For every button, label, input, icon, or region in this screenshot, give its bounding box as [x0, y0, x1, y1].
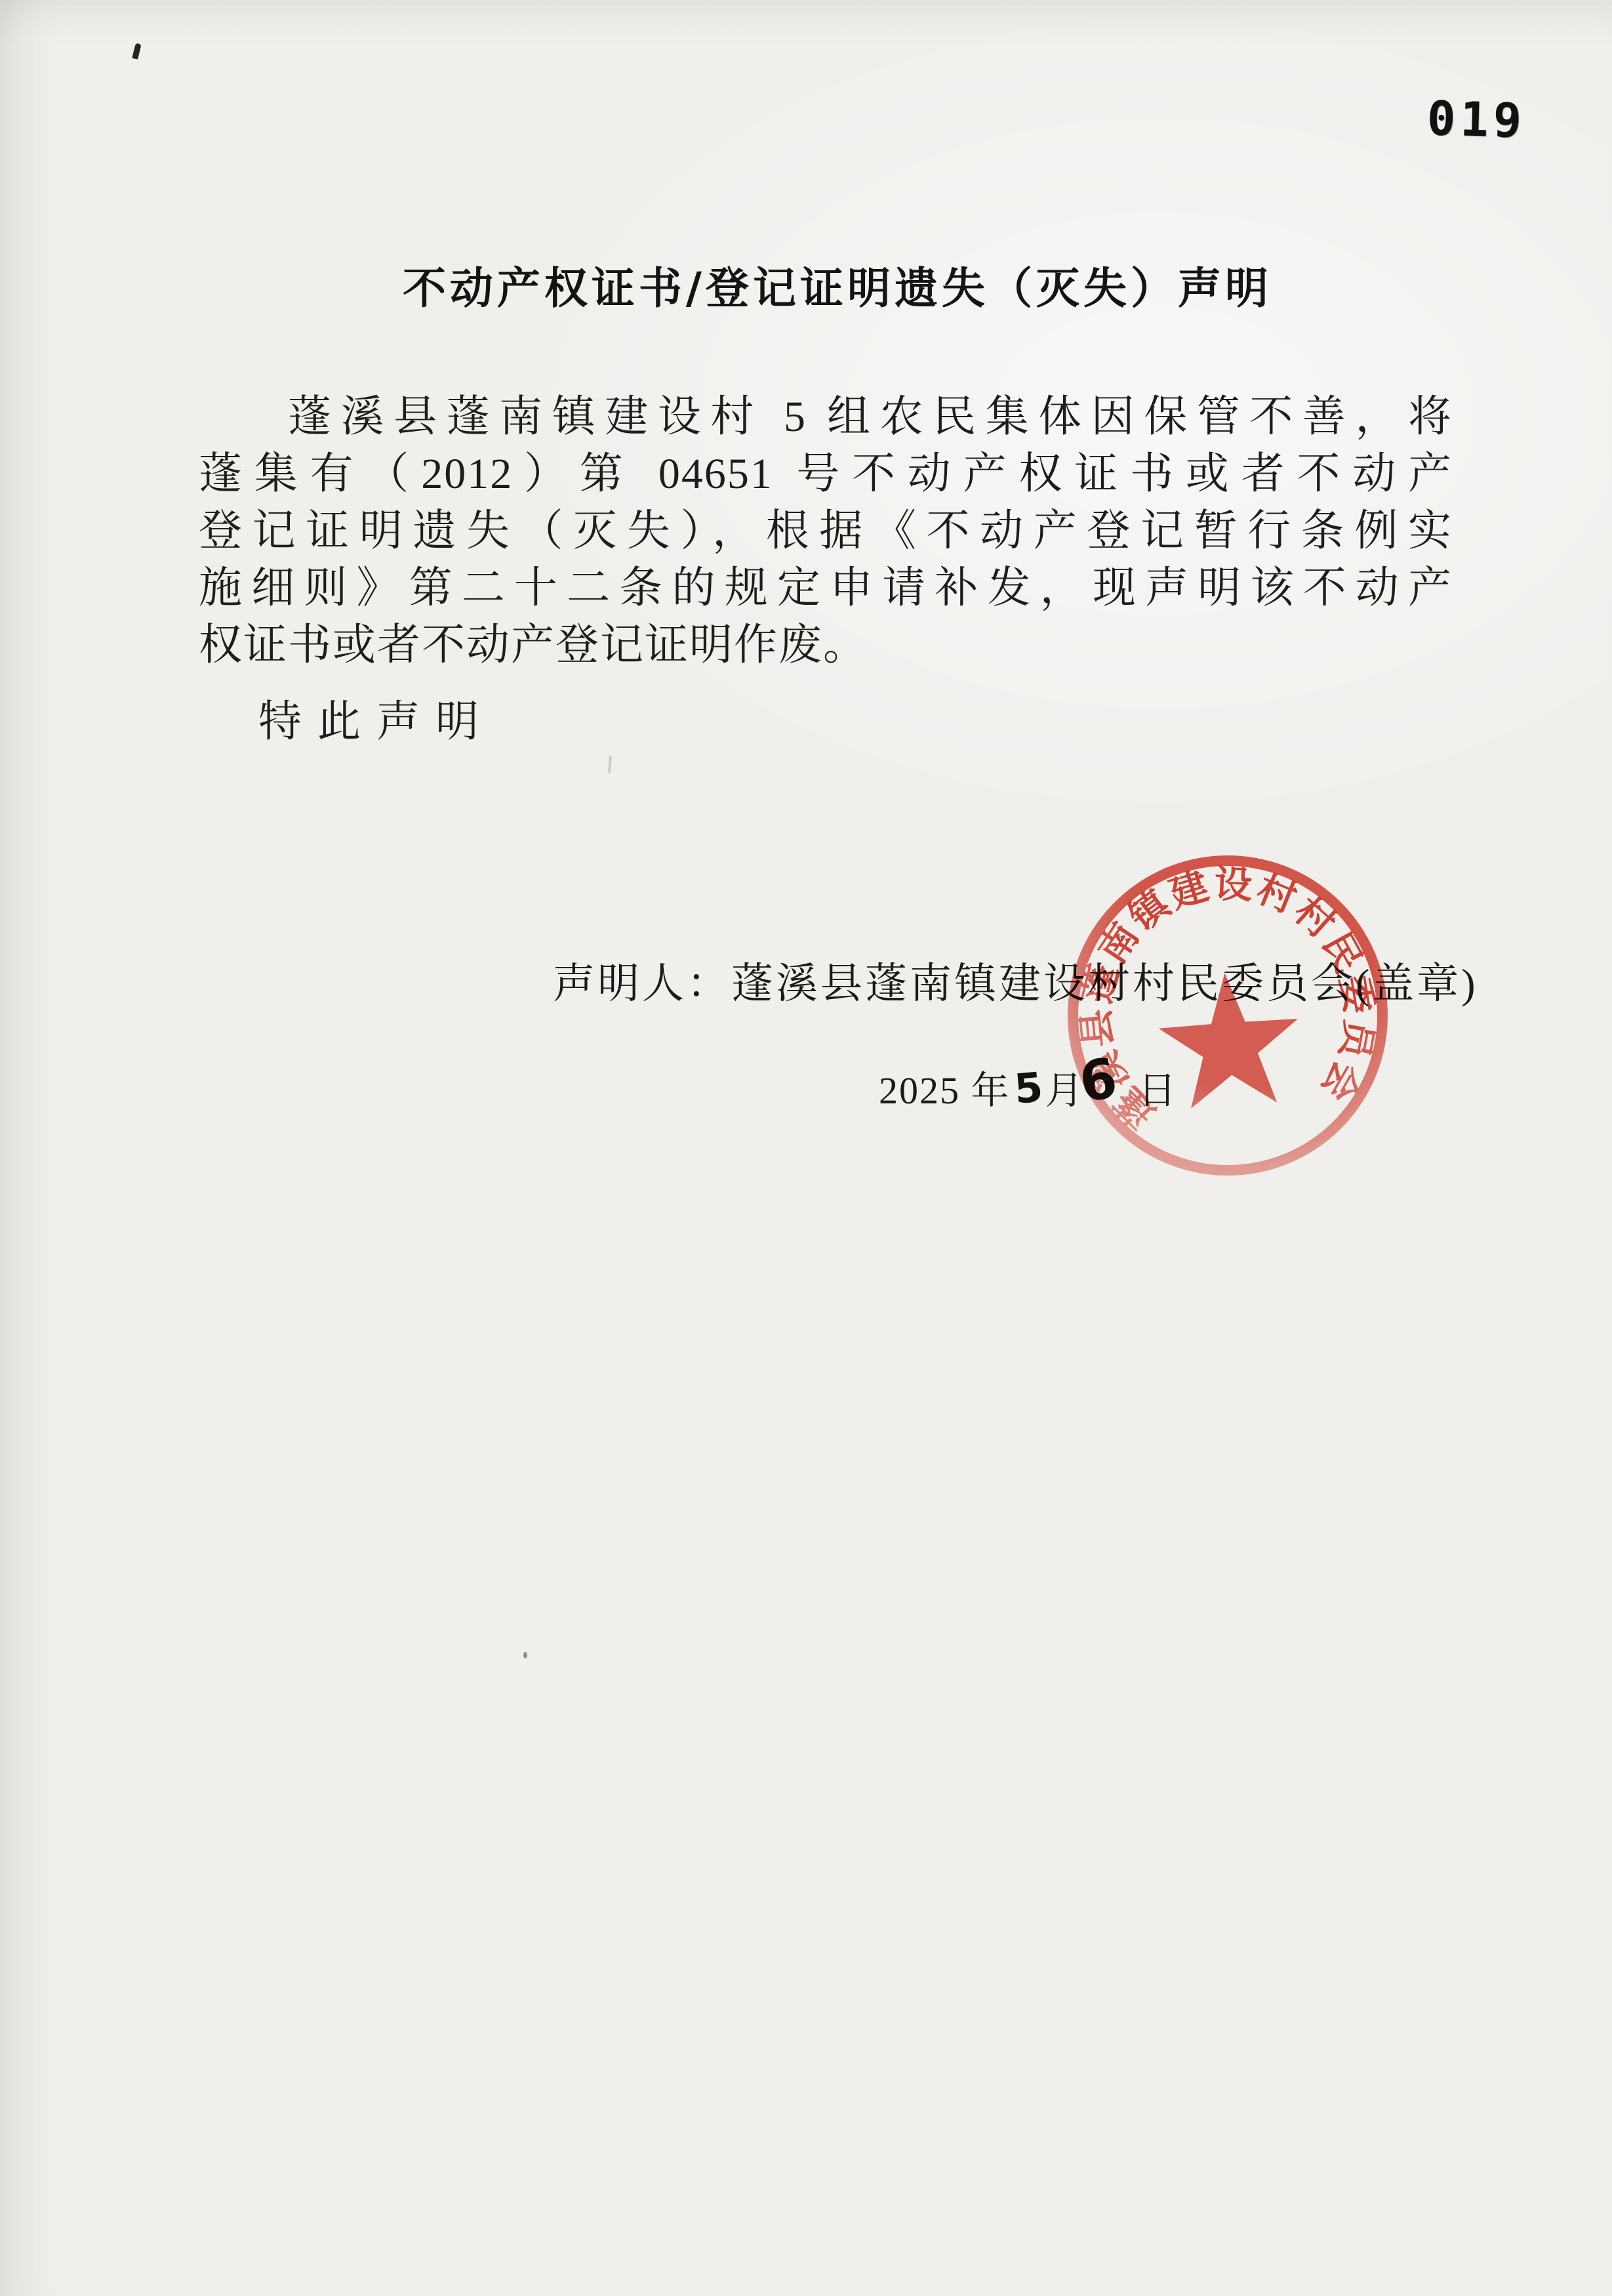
- scan-artifact-speck: [523, 1652, 527, 1658]
- page-number-stamp: 019: [1426, 91, 1527, 148]
- date-year-part: 2025 年: [879, 1069, 1011, 1112]
- scan-artifact-dash: [608, 756, 612, 773]
- document-title: 不动产权证书/登记证明遗失（灭失）声明: [0, 253, 1612, 316]
- scan-artifact-tick: [132, 43, 142, 59]
- official-seal: 蓬溪县蓬南镇建设村村民委员会: [1053, 840, 1403, 1191]
- declaration-body: 蓬溪县蓬南镇建设村 5 组农民集体因保管不善，将 蓬集有（2012）第 0465…: [199, 388, 1453, 674]
- scanned-document-page: 019 不动产权证书/登记证明遗失（灭失）声明 蓬溪县蓬南镇建设村 5 组农民集…: [0, 0, 1612, 2296]
- star-icon: [1155, 968, 1304, 1111]
- body-line-3: 登记证明遗失（灭失），根据《不动产登记暂行条例实: [199, 502, 1453, 560]
- body-line-4: 施细则》第二十二条的规定申请补发，现声明该不动产: [199, 560, 1453, 617]
- closing-statement: 特此声明: [258, 686, 494, 748]
- date-month-handwritten: 5: [1012, 1063, 1045, 1113]
- body-line-5: 权证书或者不动产登记证明作废。: [199, 617, 1453, 674]
- body-line-2: 蓬集有（2012）第 04651 号不动产权证书或者不动产: [199, 445, 1453, 502]
- body-line-1: 蓬溪县蓬南镇建设村 5 组农民集体因保管不善，将: [199, 388, 1453, 445]
